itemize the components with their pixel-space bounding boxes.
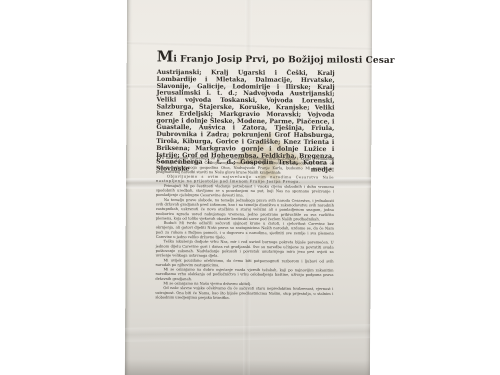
photo-background: Mi Franjo Josip Prvi, po Božijoj milosti…	[0, 0, 500, 375]
body-paragraph: Teška iskušenja dodjoše vrhu Nas, mir i …	[156, 239, 334, 259]
royal-titles-block: Austrijanski; Kralj Ugarski i Češki, Kra…	[156, 68, 334, 139]
paragraph-drop-initial: P	[156, 155, 161, 163]
body-paragraph: Na temelju prave slobode, na temelju jed…	[156, 197, 334, 221]
fold-crease-lower	[125, 324, 370, 342]
body-paragraph: Po odstupljenju prijestolja od strane Na…	[156, 155, 334, 175]
document-paper: Mi Franjo Josip Prvi, po Božijoj milosti…	[125, 0, 372, 375]
document-title: Mi Franjo Josip Prvi, po Božijoj milosti…	[157, 49, 335, 67]
title-text: i Franjo Josip Prvi, po Božijoj milosti …	[173, 55, 394, 66]
printed-text-area: Mi Franjo Josip Prvi, po Božijoj milosti…	[155, 49, 335, 326]
body-paragraph: Od naše slavne vojske očekivamo da će sa…	[155, 286, 333, 301]
body-paragraph: Mi se oslanjamo na dobro osjećanje vazda…	[155, 267, 333, 282]
proclamation-body: Po odstupljenju prijestolja od strane Na…	[155, 155, 334, 326]
body-paragraph: Budući Mi tvrdo odlučili sačuvati sjajno…	[156, 221, 334, 241]
title-drop-initial: M	[157, 47, 174, 65]
body-paragraph: Primajući Mi po čestitosti vladanja potr…	[156, 183, 334, 198]
